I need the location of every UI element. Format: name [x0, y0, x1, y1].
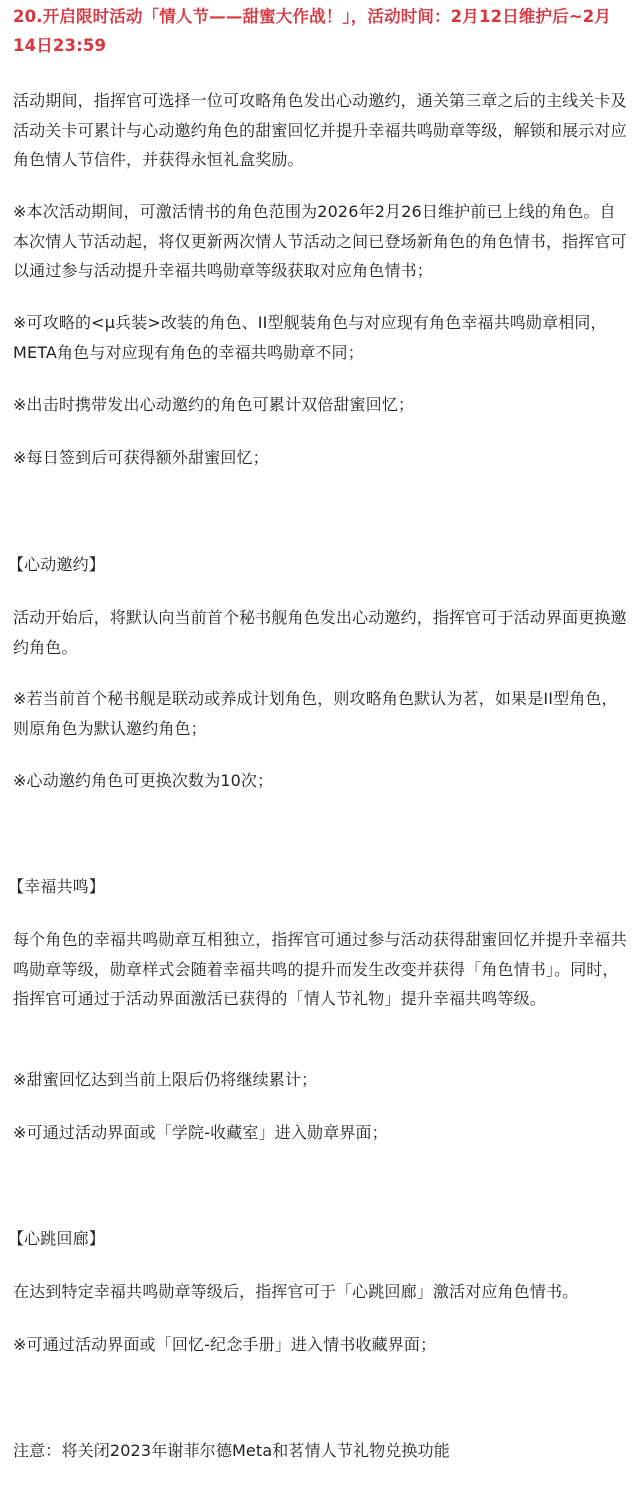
section-heading-happiness-resonance: 【幸福共鸣】 — [8, 872, 626, 902]
section-paragraph: ※可通过活动界面或「回忆-纪念手册」进入情书收藏界面； — [13, 1330, 631, 1360]
section-paragraph: ※甜蜜回忆达到当前上限后仍将继续累计； — [13, 1065, 631, 1095]
intro-note-daily-signin: ※每日签到后可获得额外甜蜜回忆； — [13, 443, 631, 473]
intro-note-double-memory: ※出击时携带发出心动邀约的角色可累计双倍甜蜜回忆； — [13, 390, 631, 420]
section-paragraph: 在达到特定幸福共鸣勋章等级后，指挥官可于「心跳回廊」激活对应角色情书。 — [13, 1277, 631, 1307]
closing-note: 注意：将关闭2023年谢菲尔德Meta和茗情人节礼物兑换功能 — [13, 1436, 631, 1466]
announcement-document: 20.开启限时活动「情人节——甜蜜大作战！」，活动时间：2月12日维护后~2月1… — [0, 0, 640, 1492]
event-title: 20.开启限时活动「情人节——甜蜜大作战！」，活动时间：2月12日维护后~2月1… — [13, 2, 631, 60]
intro-note-retrofit-meta: ※可攻略的<μ兵装>改装的角色、II型舰装角色与对应现有角色幸福共鸣勋章相同，M… — [13, 308, 631, 367]
section-heading-heart-invitation: 【心动邀约】 — [8, 550, 626, 580]
intro-paragraph-description: 活动期间，指挥官可选择一位可攻略角色发出心动邀约，通关第三章之后的主线关卡及活动… — [13, 86, 631, 175]
section-heading-heartbeat-corridor: 【心跳回廊】 — [8, 1224, 626, 1254]
section-paragraph: 活动开始后，将默认向当前首个秘书舰角色发出心动邀约，指挥官可于活动界面更换邀约角… — [13, 603, 631, 662]
section-paragraph: ※可通过活动界面或「学院-收藏室」进入勋章界面； — [13, 1118, 631, 1148]
section-paragraph: ※若当前首个秘书舰是联动或养成计划角色，则攻略角色默认为茗，如果是II型角色，则… — [13, 684, 631, 743]
section-paragraph: ※心动邀约角色可更换次数为10次； — [13, 766, 631, 796]
section-paragraph: 每个角色的幸福共鸣勋章互相独立，指挥官可通过参与活动获得甜蜜回忆并提升幸福共鸣勋… — [13, 925, 631, 1014]
intro-note-letter-range: ※本次活动期间，可激活情书的角色范围为2026年2月26日维护前已上线的角色。自… — [13, 197, 631, 286]
